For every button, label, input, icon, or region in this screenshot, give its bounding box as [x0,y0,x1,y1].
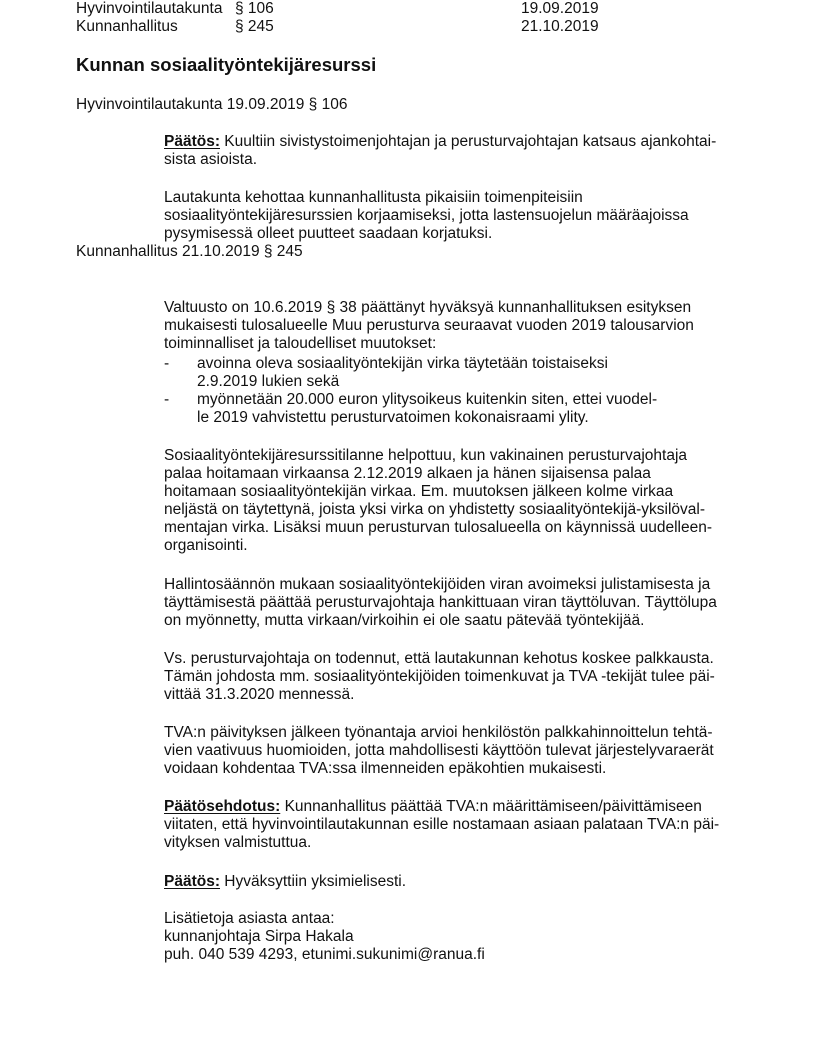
bullet-1-line: avoinna oleva sosiaalityöntekijän virka … [197,355,608,373]
p1-line: mukaisesti tulosalueelle Muu perusturva … [164,317,694,335]
bullet-1-line: 2.9.2019 lukien sekä [197,373,339,391]
board-decision-line-1: Päätös: Kuultiin sivistystoimenjohtajan … [164,133,716,151]
board-heading: Hyvinvointilautakunta 19.09.2019 § 106 [76,96,347,114]
bullet-marker: - [164,391,169,409]
proposal-line: vityksen valmistuttua. [164,834,311,852]
contact-line: Lisätietoja asiasta antaa: [164,910,335,928]
proposal-line-1: Päätösehdotus: Kunnanhallitus päättää TV… [164,798,702,816]
bullet-marker: - [164,355,169,373]
p4-line: Tämän johdosta mm. sosiaalityöntekijöide… [164,668,715,686]
p2-line: neljästä on täytettynä, joista yksi virk… [164,501,705,519]
p2-line: mentajan virka. Lisäksi muun perusturvan… [164,519,712,537]
p1-line: Valtuusto on 10.6.2019 § 38 päättänyt hy… [164,299,691,317]
p2-line: palaa hoitamaan virkaansa 2.12.2019 alka… [164,465,651,483]
contact-line: kunnanjohtaja Sirpa Hakala [164,928,354,946]
p3-line: Hallintosäännön mukaan sosiaalityöntekij… [164,576,710,594]
request-line: Lautakunta kehottaa kunnanhallitusta pik… [164,189,583,207]
p3-line: täyttämisestä päättää perusturvajohtaja … [164,594,717,612]
p2-line: organisointi. [164,537,248,555]
proposal-label: Päätösehdotus: [164,798,280,815]
council-heading: Kunnanhallitus 21.10.2019 § 245 [76,243,303,261]
p2-line: Sosiaalityöntekijäresurssitilanne helpot… [164,447,687,465]
request-line: sosiaalityöntekijäresurssien korjaamisek… [164,207,689,225]
header-body-2: Kunnanhallitus [76,18,178,36]
request-line: pysymisessä olleet puutteet saadaan korj… [164,225,492,243]
header-date-2: 21.10.2019 [521,18,599,36]
p2-line: hoitamaan sosiaalityöntekijän virkaa. Em… [164,483,673,501]
decision-label: Päätös: [164,873,220,890]
p5-line: TVA:n päivityksen jälkeen työnantaja arv… [164,724,713,742]
p1-line: toiminnalliset ja taloudelliset muutokse… [164,335,436,353]
p4-line: Vs. perusturvajohtaja on todennut, että … [164,650,714,668]
header-section-1: § 106 [235,0,274,18]
p5-line: vien vaativuus huomioiden, jotta mahdoll… [164,742,714,760]
p4-line: vittää 31.3.2020 mennessä. [164,686,354,704]
header-date-1: 19.09.2019 [521,0,599,18]
p5-line: voidaan kohdentaa TVA:ssa ilmenneiden ep… [164,760,606,778]
header-body-1: Hyvinvointilautakunta [76,0,222,18]
contact-line: puh. 040 539 4293, etunimi.sukunimi@ranu… [164,946,485,964]
bullet-2-line: myönnetään 20.000 euron ylitysoikeus kui… [197,391,657,409]
proposal-line: viitaten, että hyvinvointilautakunnan es… [164,816,719,834]
council-decision: Päätös: Hyväksyttiin yksimielisesti. [164,873,406,891]
header-section-2: § 245 [235,18,274,36]
page-title: Kunnan sosiaalityöntekijäresurssi [76,56,376,74]
bullet-2-line: le 2019 vahvistettu perusturvatoimen kok… [197,409,589,427]
decision-label: Päätös: [164,133,220,150]
p3-line: on myönnetty, mutta virkaan/virkoihin ei… [164,612,644,630]
board-decision-line-2: sista asioista. [164,151,257,169]
